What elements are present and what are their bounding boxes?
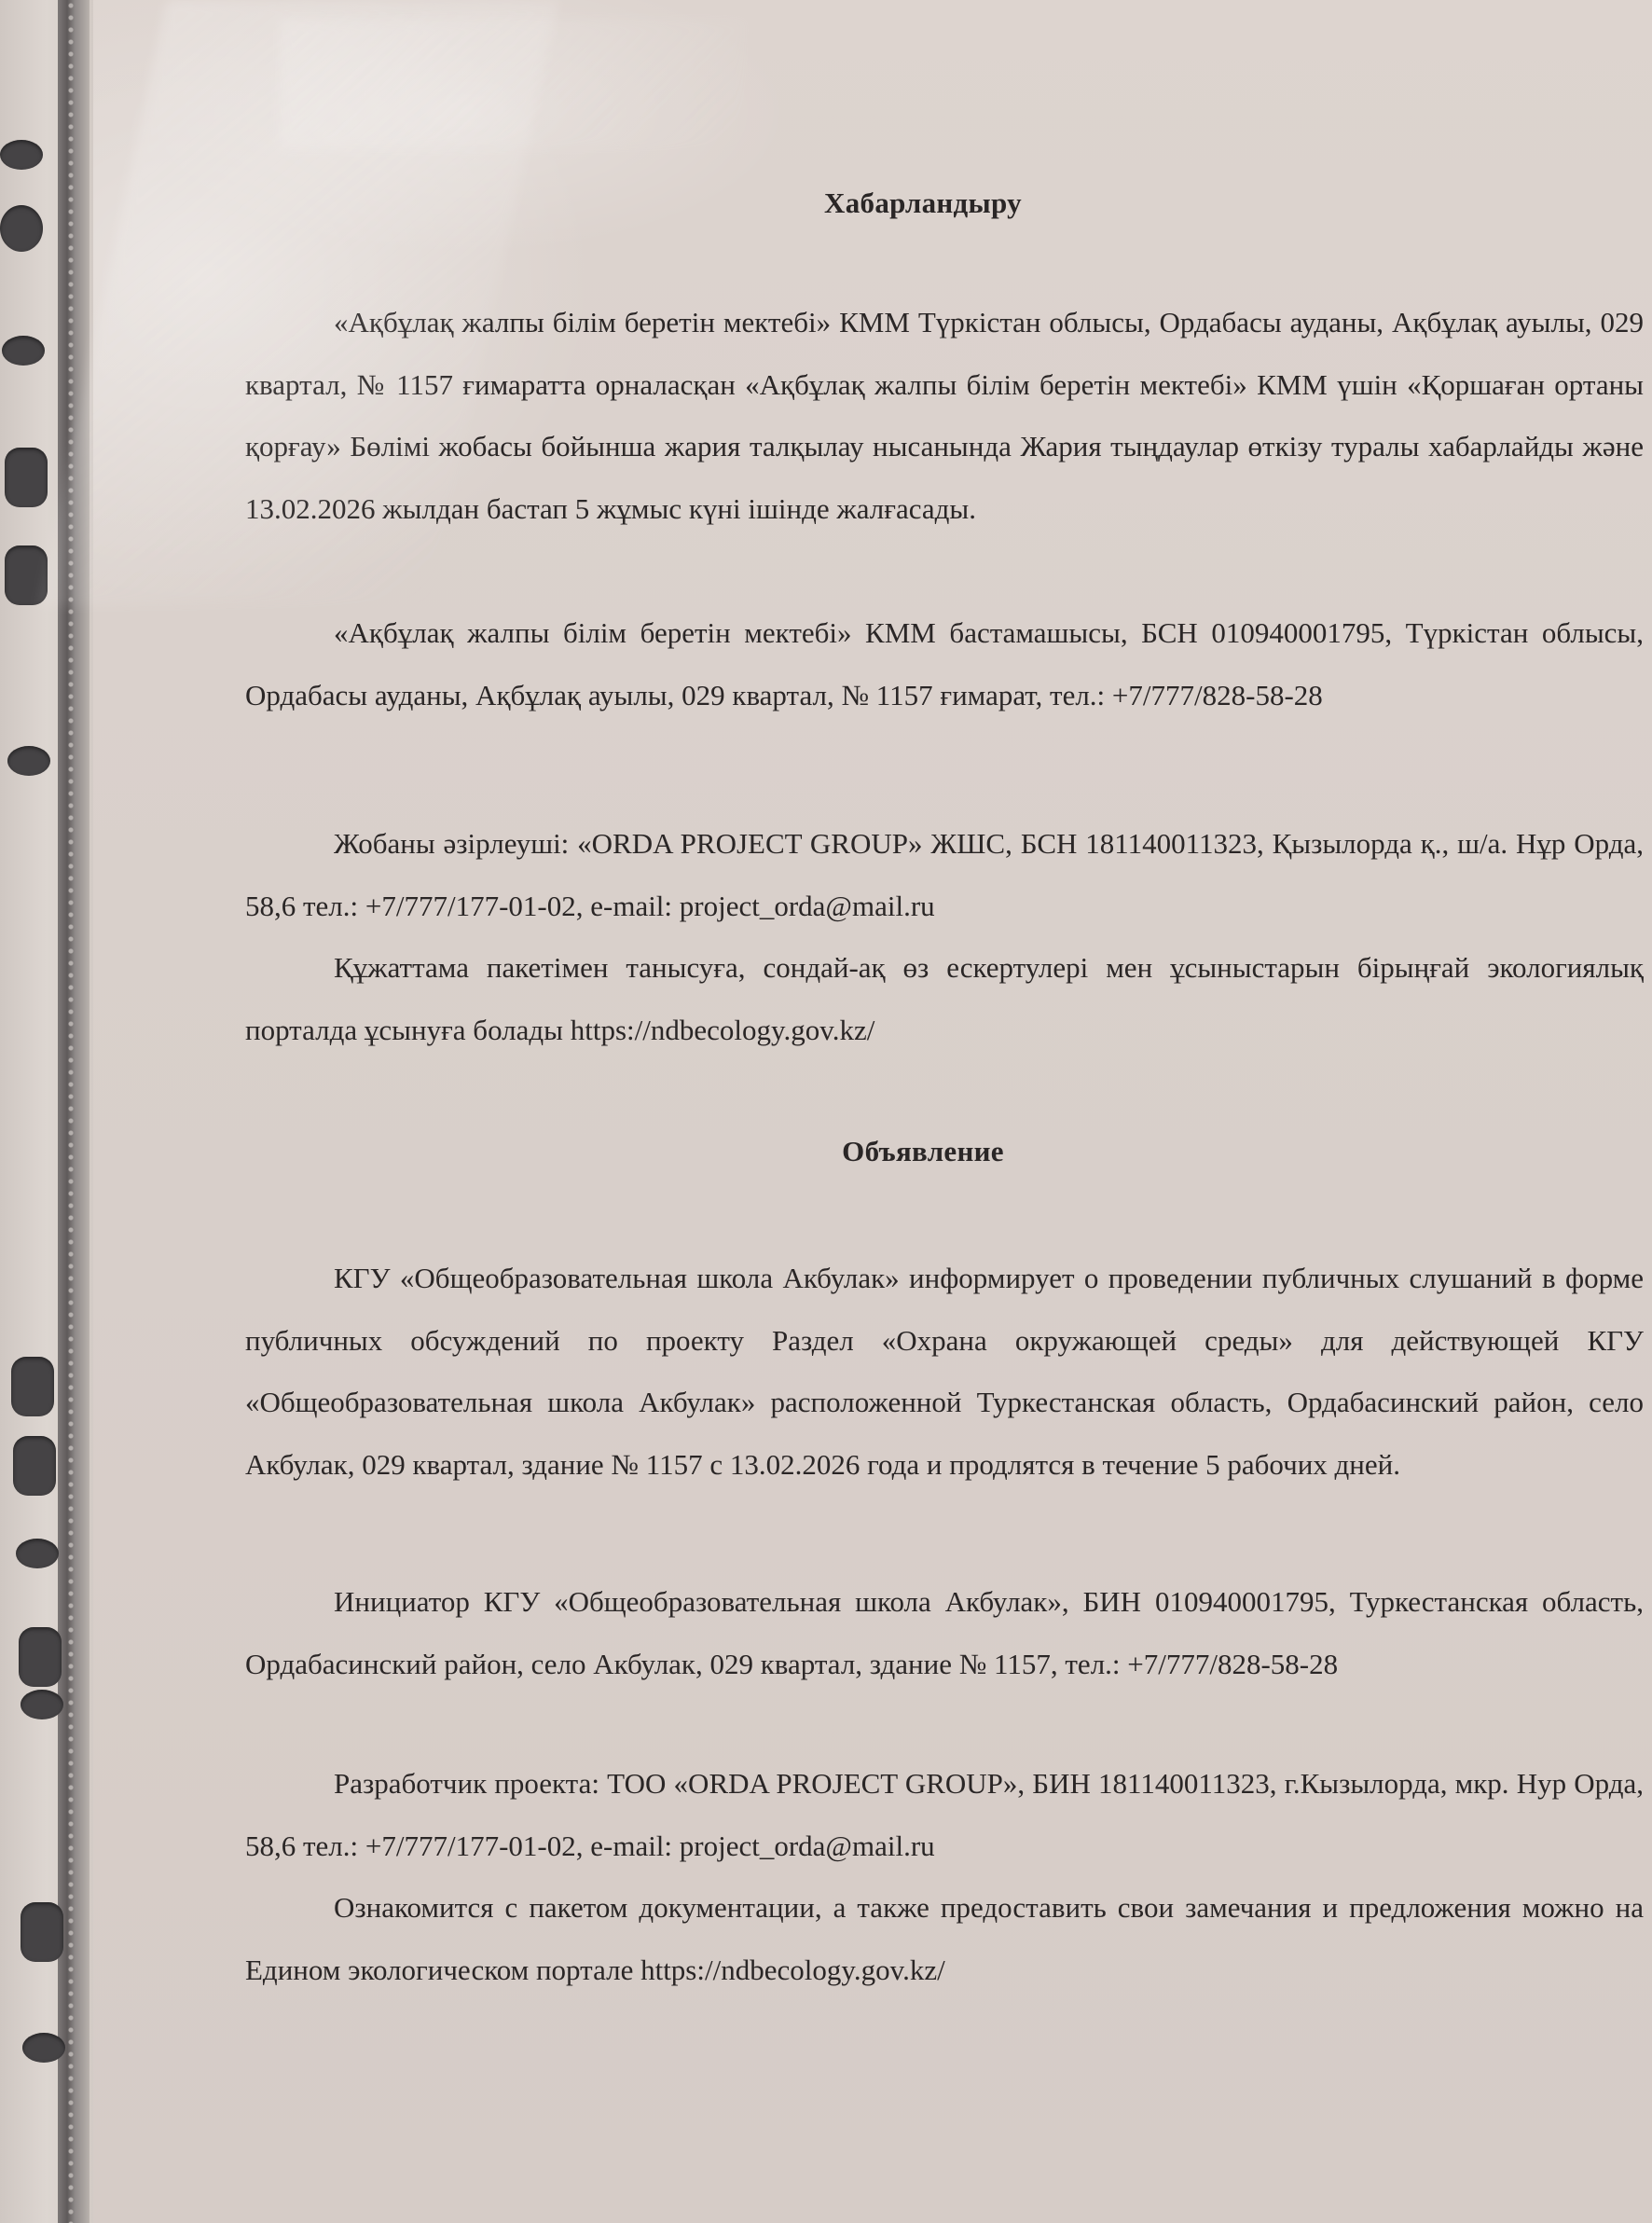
punch-hole xyxy=(5,448,48,507)
punch-hole xyxy=(16,1539,59,1568)
punch-hole xyxy=(11,1357,54,1416)
russian-paragraph-initiator: Инициатор КГУ «Общеобразовательная школа… xyxy=(245,1571,1644,1695)
russian-paragraph-announcement: КГУ «Общеобразовательная школа Акбулак» … xyxy=(245,1248,1644,1496)
punch-hole xyxy=(2,336,45,366)
punch-hole xyxy=(22,2033,65,2063)
document-page: Хабарландыру «Ақбұлақ жалпы білім береті… xyxy=(93,0,1652,2223)
punch-hole xyxy=(21,1690,63,1719)
russian-paragraph-portal: Ознакомится с пакетом документации, а та… xyxy=(245,1877,1644,2001)
punch-hole xyxy=(21,1902,63,1962)
punch-hole xyxy=(19,1627,62,1687)
punch-hole xyxy=(7,746,50,776)
russian-title: Объявление xyxy=(93,1135,1652,1168)
russian-paragraph-developer: Разработчик проекта: ТОО «ORDA PROJECT G… xyxy=(245,1753,1644,1877)
punch-hole xyxy=(13,1436,56,1496)
kazakh-title: Хабарландыру xyxy=(93,186,1652,220)
seam-perforation xyxy=(65,0,76,2223)
punch-hole xyxy=(5,545,48,605)
punch-hole xyxy=(0,140,43,170)
kazakh-paragraph-initiator: «Ақбұлақ жалпы білім беретін мектебі» КМ… xyxy=(245,602,1644,726)
kazakh-paragraph-developer: Жобаны әзірлеуші: «ORDA PROJECT GROUP» Ж… xyxy=(245,813,1644,937)
kazakh-paragraph-announcement: «Ақбұлақ жалпы білім беретін мектебі» КМ… xyxy=(245,292,1644,540)
punch-hole xyxy=(0,205,43,252)
kazakh-paragraph-portal: Құжаттама пакетімен танысуға, сондай-ақ … xyxy=(245,937,1644,1061)
